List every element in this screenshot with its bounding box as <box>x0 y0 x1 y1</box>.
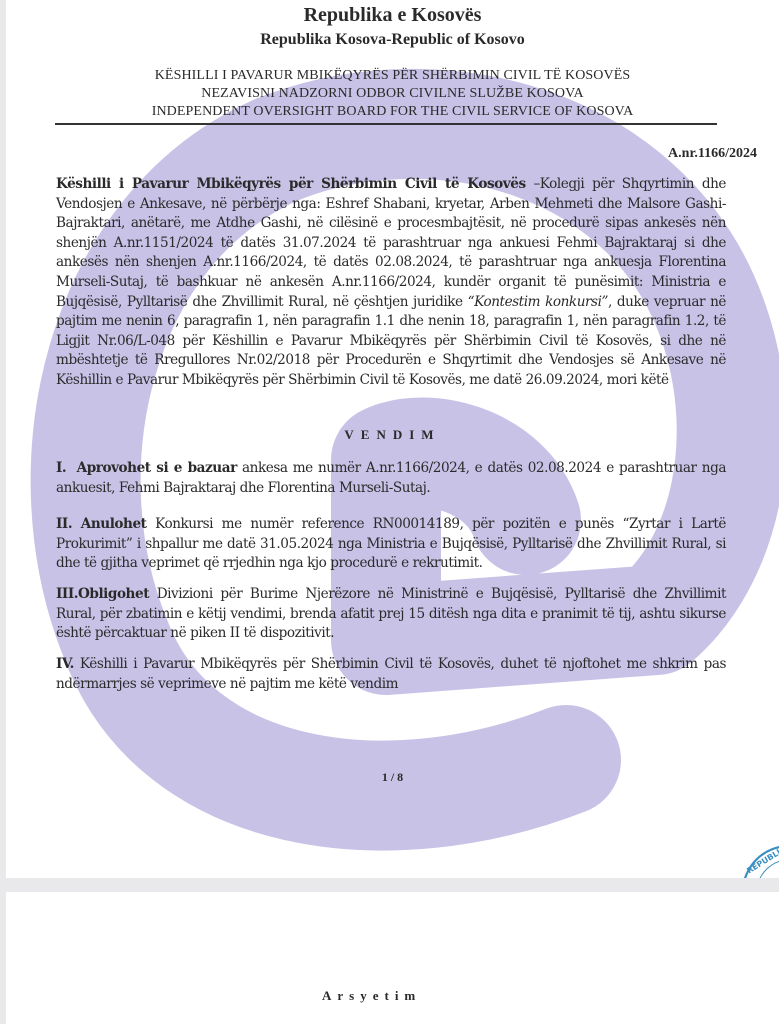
page-number: 1 / 8 <box>6 770 779 785</box>
document-page-2: Arsyetim <box>6 892 779 1024</box>
header-country: Republika e Kosovës <box>6 4 779 27</box>
intro-lead: Këshilli i Pavarur Mbikëqyrës për Shërbi… <box>56 176 526 192</box>
decision-item: III.Obligohet Divizioni për Burime Njerë… <box>56 585 726 644</box>
decision-item: I. Aprovohet si e bazuar ankesa me numër… <box>56 459 726 498</box>
case-subject: “Kontestim konkursi” <box>468 294 608 310</box>
header-org-english: INDEPENDENT OVERSIGHT BOARD FOR THE CIVI… <box>6 104 779 120</box>
document-page-1: Republika e Kosovës Republika Kosova-Rep… <box>6 0 779 878</box>
decision-item: II. Anulohet Konkursi me numër reference… <box>56 515 726 574</box>
official-stamp-icon: REPUBLIKA <box>737 828 779 878</box>
reasoning-heading: Arsyetim <box>322 988 421 1004</box>
reference-number: A.nr.1166/2024 <box>668 146 757 162</box>
header-org-serbian: NEZAVISNI NADZORNI ODBOR CIVILNE SLUŽBE … <box>6 86 779 102</box>
header-divider <box>55 123 717 125</box>
decision-title: VENDIM <box>6 427 779 443</box>
intro-paragraph: Këshilli i Pavarur Mbikëqyrës për Shërbi… <box>56 175 726 391</box>
decision-item: IV. Këshilli i Pavarur Mbikëqyrës për Sh… <box>56 655 726 694</box>
header-org-albanian: KËSHILLI I PAVARUR MBIKËQYRËS PËR SHËRBI… <box>6 68 779 84</box>
svg-text:REPUBLIKA: REPUBLIKA <box>745 841 779 876</box>
header-country-multilingual: Republika Kosova-Republic of Kosovo <box>6 31 779 49</box>
